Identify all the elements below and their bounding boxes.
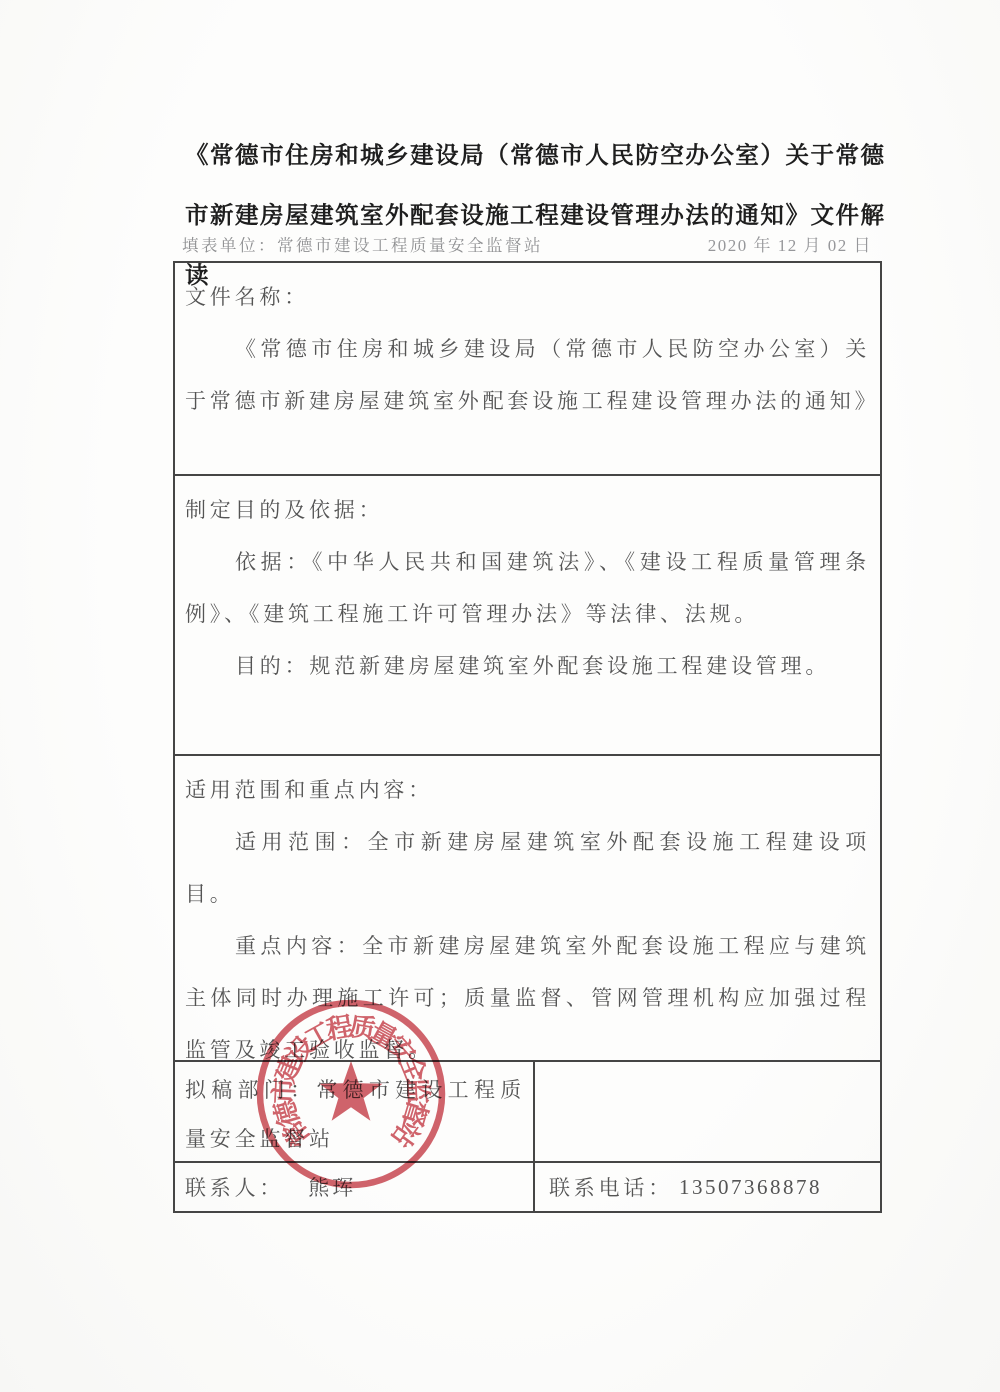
row-paragraph: 依据：《中华人民共和国建筑法》、《建设工程质量管理条例》、《建筑工程施工许可管理… xyxy=(185,536,870,640)
draft-department-text: 拟稿部门：常德市建设工程质量安全监督站 xyxy=(185,1066,525,1161)
row-purpose-basis: 制定目的及依据： 依据：《中华人民共和国建筑法》、《建设工程质量管理条例》、《建… xyxy=(175,474,880,754)
row-label: 制定目的及依据： xyxy=(185,484,870,536)
row-paragraph: 重点内容：全市新建房屋建筑室外配套设施工程应与建筑主体同时办理施工许可；质量监督… xyxy=(185,920,870,1060)
row-paragraph: 适用范围：全市新建房屋建筑室外配套设施工程建设项目。 xyxy=(185,816,870,920)
draft-department-cell: 拟稿部门：常德市建设工程质量安全监督站 xyxy=(175,1062,535,1161)
row-document-name: 文件名称： 《常德市住房和城乡建设局（常德市人民防空办公室）关于常德市新建房屋建… xyxy=(175,263,880,474)
contact-phone-value: 13507368878 xyxy=(679,1175,822,1200)
row-paragraph: 目的：规范新建房屋建筑室外配套设施工程建设管理。 xyxy=(185,640,870,692)
empty-cell xyxy=(535,1062,880,1161)
form-meta-row: 填表单位：常德市建设工程质量安全监督站 2020 年 12 月 02 日 xyxy=(182,231,872,256)
form-date: 2020 年 12 月 02 日 xyxy=(708,231,872,256)
row-scope-content: 适用范围和重点内容： 适用范围：全市新建房屋建筑室外配套设施工程建设项目。 重点… xyxy=(175,754,880,1060)
contact-person-label: 联系人： xyxy=(185,1172,284,1202)
scanned-document-page: 《常德市住房和城乡建设局（常德市人民防空办公室）关于常德市新建房屋建筑室外配套设… xyxy=(0,0,1000,1392)
draft-department-label: 拟稿部门： xyxy=(185,1078,316,1102)
fill-unit-label: 填表单位： xyxy=(182,236,277,255)
form-table: 文件名称： 《常德市住房和城乡建设局（常德市人民防空办公室）关于常德市新建房屋建… xyxy=(173,261,882,1213)
row-draft-department: 拟稿部门：常德市建设工程质量安全监督站 xyxy=(175,1060,880,1161)
row-paragraph: 《常德市住房和城乡建设局（常德市人民防空办公室）关于常德市新建房屋建筑室外配套设… xyxy=(185,323,870,427)
fill-unit: 填表单位：常德市建设工程质量安全监督站 xyxy=(182,232,543,256)
contact-person-cell: 联系人： 熊珲 xyxy=(175,1163,535,1211)
row-label: 文件名称： xyxy=(185,271,870,323)
row-contact: 联系人： 熊珲 联系电话： 13507368878 xyxy=(175,1161,880,1211)
row-label: 适用范围和重点内容： xyxy=(185,764,870,816)
contact-phone-label: 联系电话： xyxy=(549,1172,673,1202)
contact-phone-cell: 联系电话： 13507368878 xyxy=(535,1163,880,1211)
fill-unit-value: 常德市建设工程质量安全监督站 xyxy=(277,236,543,255)
contact-person-value: 熊珲 xyxy=(308,1172,356,1202)
